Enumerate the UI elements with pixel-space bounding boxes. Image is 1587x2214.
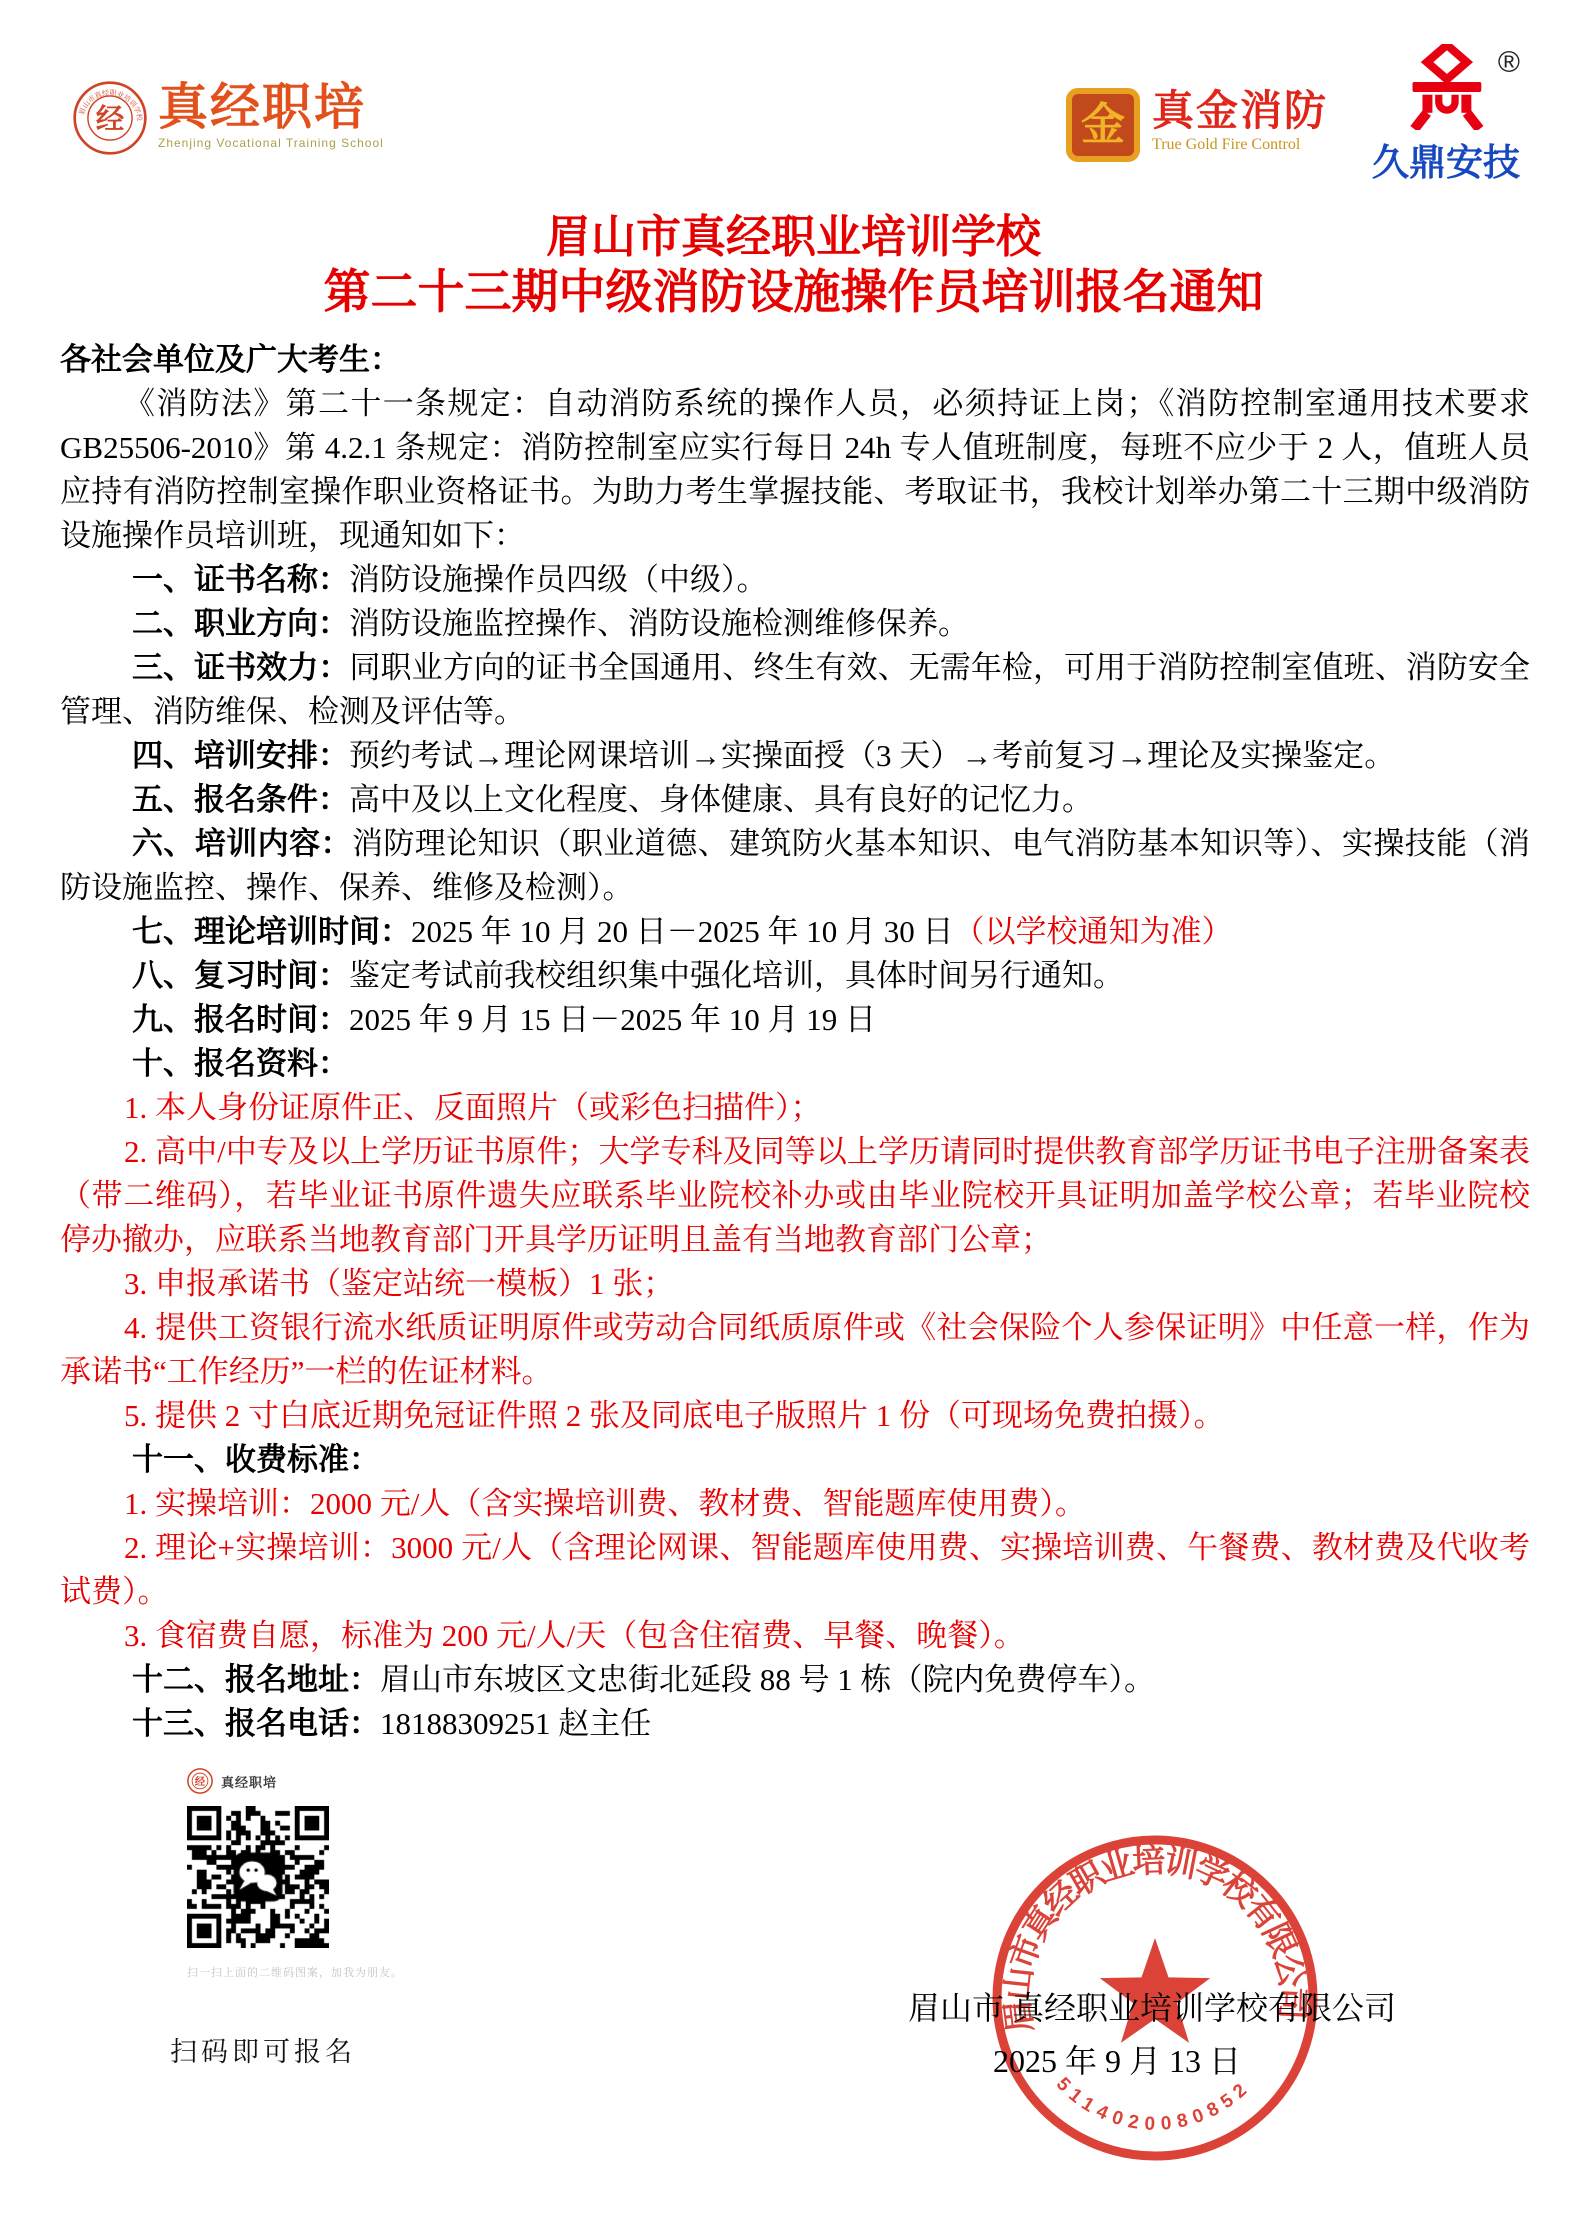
notice-title: 眉山市真经职业培训学校 第二十三期中级消防设施操作员培训报名通知 — [0, 210, 1587, 322]
qr-block: 经 真经职培 扫一扫上面的二维码图案，加我为朋友。 — [187, 1768, 347, 1980]
item-12: 十二、报名地址：眉山市东坡区文忠街北延段 88 号 1 栋（院内免费停车）。 — [60, 1658, 1530, 1702]
school-logo-name: 真经职培 — [158, 80, 384, 134]
item-6: 六、培训内容：消防理论知识（职业道德、建筑防火基本知识、电气消防基本知识等）、实… — [60, 822, 1530, 910]
item-7-note: （以学校通知为准） — [954, 914, 1233, 949]
item-9-label: 九、报名时间： — [132, 1002, 349, 1037]
jiuding-logo: ® 久鼎安技 — [1366, 44, 1526, 186]
jiuding-ding-icon — [1394, 44, 1498, 130]
qr-brand-seal-icon: 经 — [187, 1768, 213, 1794]
item-5-text: 高中及以上文化程度、身体健康、具有良好的记忆力。 — [349, 782, 1093, 817]
item-13: 十三、报名电话：18188309251 赵主任 — [60, 1702, 1530, 1746]
truegold-logo: 金 真金消防 True Gold Fire Control — [1066, 88, 1328, 162]
fee-1: 1. 实操培训：2000 元/人（含实操培训费、教材费、智能题库使用费）。 — [60, 1482, 1530, 1526]
school-seal-icon: 眉山市真经职业培训学校 经 — [72, 80, 148, 156]
registered-trademark-icon: ® — [1498, 46, 1520, 80]
item-2-text: 消防设施监控操作、消防设施检测维修保养。 — [349, 606, 969, 641]
item-11: 十一、收费标准： — [60, 1438, 1530, 1482]
material-1: 1. 本人身份证原件正、反面照片（或彩色扫描件）； — [60, 1086, 1530, 1130]
item-7-text: 2025 年 10 月 20 日－2025 年 10 月 30 日 — [411, 914, 954, 949]
item-2: 二、职业方向：消防设施监控操作、消防设施检测维修保养。 — [60, 602, 1530, 646]
material-2: 2. 高中/中专及以上学历证书原件；大学专科及同等以上学历请同时提供教育部学历证… — [60, 1130, 1530, 1262]
item-5-label: 五、报名条件： — [132, 782, 349, 817]
item-4-text: 预约考试→理论网课培训→实操面授（3 天）→考前复习→理论及实操鉴定。 — [349, 738, 1395, 773]
item-2-label: 二、职业方向： — [132, 606, 349, 641]
fee-3: 3. 食宿费自愿，标准为 200 元/人/天（包含住宿费、早餐、晚餐）。 — [60, 1614, 1530, 1658]
truegold-icon: 金 — [1066, 88, 1140, 162]
stamp-number-text: 5114020080852 — [1052, 2074, 1251, 2135]
item-8-text: 鉴定考试前我校组织集中强化培训，具体时间另行通知。 — [349, 958, 1124, 993]
school-logo-subtitle: Zhenjing Vocational Training School — [158, 136, 384, 150]
intro-paragraph: 《消防法》第二十一条规定：自动消防系统的操作人员，必须持证上岗；《消防控制室通用… — [60, 382, 1530, 558]
item-4: 四、培训安排：预约考试→理论网课培训→实操面授（3 天）→考前复习→理论及实操鉴… — [60, 734, 1530, 778]
qr-code — [187, 1806, 329, 1948]
item-8-label: 八、复习时间： — [132, 958, 349, 993]
item-1-label: 一、证书名称： — [132, 562, 349, 597]
material-4: 4. 提供工资银行流水纸质证明原件或劳动合同纸质原件或《社会保险个人参保证明》中… — [60, 1306, 1530, 1394]
item-8: 八、复习时间：鉴定考试前我校组织集中强化培训，具体时间另行通知。 — [60, 954, 1530, 998]
fee-2: 2. 理论+实操培训：3000 元/人（含理论网课、智能题库使用费、实操培训费、… — [60, 1526, 1530, 1614]
qr-brand: 经 真经职培 — [187, 1768, 347, 1794]
item-13-text: 18188309251 赵主任 — [380, 1706, 651, 1741]
item-13-label: 十三、报名电话： — [132, 1706, 380, 1741]
item-7-label: 七、理论培训时间： — [132, 914, 411, 949]
truegold-subtitle: True Gold Fire Control — [1152, 136, 1328, 154]
item-5: 五、报名条件：高中及以上文化程度、身体健康、具有良好的记忆力。 — [60, 778, 1530, 822]
qr-brand-name: 真经职培 — [221, 1772, 277, 1791]
notice-body: 各社会单位及广大考生： 《消防法》第二十一条规定：自动消防系统的操作人员，必须持… — [60, 338, 1530, 1746]
item-10-label: 十、报名资料： — [132, 1046, 349, 1081]
item-7: 七、理论培训时间：2025 年 10 月 20 日－2025 年 10 月 30… — [60, 910, 1530, 954]
company-stamp: 眉山市真经职业培训学校有限公司 5114020080852 — [985, 1828, 1325, 2168]
scan-to-register-label: 扫码即可报名 — [170, 2030, 356, 2069]
item-11-label: 十一、收费标准： — [132, 1442, 380, 1477]
school-logo: 眉山市真经职业培训学校 经 真经职培 Zhenjing Vocational T… — [72, 80, 384, 156]
stamp-star-icon — [1100, 1938, 1210, 2043]
material-3: 3. 申报承诺书（鉴定站统一模板）1 张； — [60, 1262, 1530, 1306]
item-3-label: 三、证书效力： — [132, 650, 349, 685]
item-12-label: 十二、报名地址： — [132, 1662, 380, 1697]
seal-center-char: 经 — [96, 104, 125, 136]
document-page: 眉山市真经职业培训学校 经 真经职培 Zhenjing Vocational T… — [0, 0, 1587, 2214]
qr-brand-seal-char: 经 — [195, 1775, 206, 1788]
item-1-text: 消防设施操作员四级（中级）。 — [349, 562, 768, 597]
item-3: 三、证书效力：同职业方向的证书全国通用、终生有效、无需年检，可用于消防控制室值班… — [60, 646, 1530, 734]
title-line2: 第二十三期中级消防设施操作员培训报名通知 — [0, 264, 1587, 322]
truegold-name: 真金消防 — [1152, 88, 1328, 134]
salutation: 各社会单位及广大考生： — [60, 338, 1530, 382]
item-12-text: 眉山市东坡区文忠街北延段 88 号 1 栋（院内免费停车）。 — [380, 1662, 1155, 1697]
qr-caption: 扫一扫上面的二维码图案，加我为朋友。 — [187, 1964, 347, 1980]
item-6-label: 六、培训内容： — [132, 826, 352, 861]
jiuding-name: 久鼎安技 — [1366, 132, 1526, 186]
svg-text:5114020080852: 5114020080852 — [1052, 2074, 1251, 2135]
item-1: 一、证书名称：消防设施操作员四级（中级）。 — [60, 558, 1530, 602]
item-10: 十、报名资料： — [60, 1042, 1530, 1086]
item-9-text: 2025 年 9 月 15 日－2025 年 10 月 19 日 — [349, 1002, 876, 1037]
material-5: 5. 提供 2 寸白底近期免冠证件照 2 张及同底电子版照片 1 份（可现场免费… — [60, 1394, 1530, 1438]
item-4-label: 四、培训安排： — [132, 738, 349, 773]
title-line1: 眉山市真经职业培训学校 — [0, 210, 1587, 264]
item-9: 九、报名时间：2025 年 9 月 15 日－2025 年 10 月 19 日 — [60, 998, 1530, 1042]
